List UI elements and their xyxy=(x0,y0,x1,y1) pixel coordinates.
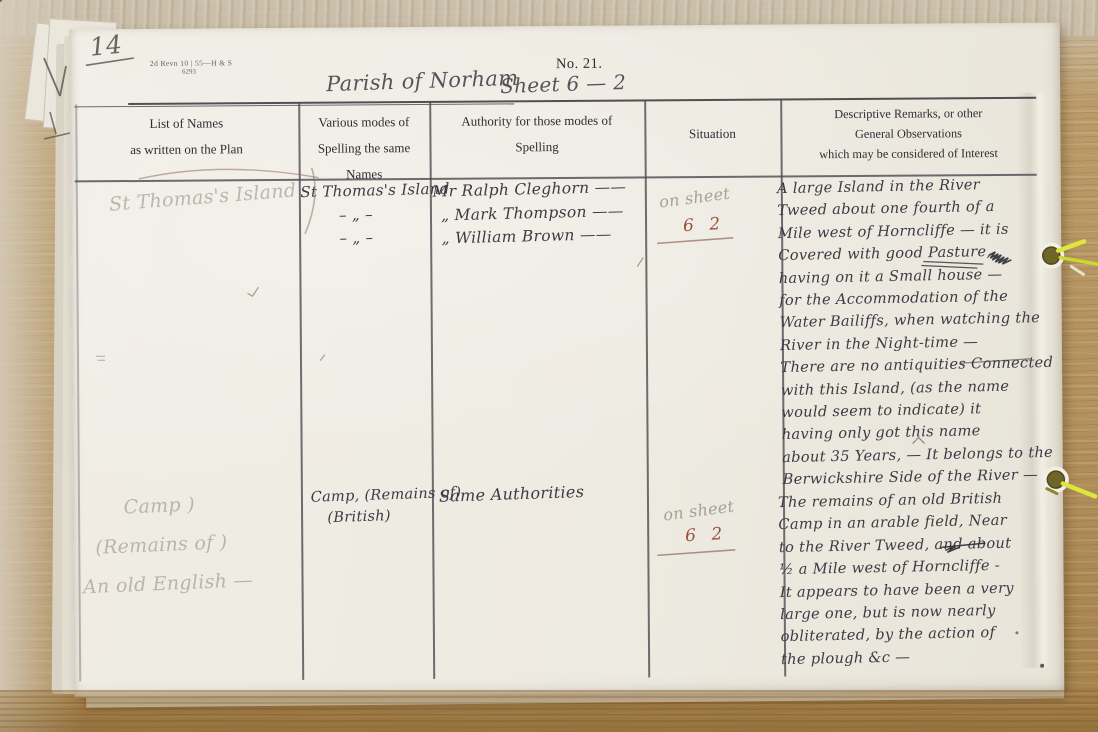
header-line: Various modes of xyxy=(298,109,429,136)
situation-underline-2 xyxy=(657,550,735,556)
entry2-remarks: The remains of an old British Camp in an… xyxy=(778,487,1039,671)
table-left-edge xyxy=(75,104,81,681)
remarks-line: the plough &c — xyxy=(781,644,1039,671)
title-sheet: Sheet 6 — 2 xyxy=(500,70,627,98)
folio-number: 14 xyxy=(89,30,124,62)
entry2-situation-sheet: 6 2 xyxy=(685,524,728,546)
punch-hole-bottom xyxy=(1047,471,1064,488)
entry1-situation-label: on sheet xyxy=(658,184,731,212)
spelling-line: St Thomas's Island xyxy=(300,178,450,205)
entry1-remarks: A large Island in the River Tweed about … xyxy=(777,173,1041,492)
column-header-remarks: Descriptive Remarks, or other General Ob… xyxy=(780,103,1036,165)
printer-imprint-line2: 6293 xyxy=(182,68,196,76)
punch-hole-ring xyxy=(1038,243,1064,269)
thread-highlight xyxy=(1071,266,1083,274)
ink-speck xyxy=(1040,664,1044,668)
column-header-list-of-names: List of Names as written on the Plan xyxy=(74,110,298,164)
punch-hole-ring xyxy=(1043,466,1069,492)
column-header-authority: Authority for those modes of Spelling xyxy=(429,107,644,160)
punch-hole-top xyxy=(1043,247,1060,264)
stray-tick xyxy=(637,257,643,266)
binding-thread-bottom xyxy=(1063,483,1095,496)
stray-tick xyxy=(320,355,325,361)
header-line: General Observations xyxy=(780,123,1036,145)
printer-imprint-line1: 2d Revn 10 | 55—H & S xyxy=(150,58,232,68)
plan-name-line: An old English — xyxy=(82,561,253,607)
entry2-authorities: Same Authorities xyxy=(439,482,585,506)
wood-table-bottom xyxy=(0,690,1098,732)
entry1-spellings: St Thomas's Island – „ – – „ – xyxy=(300,178,451,252)
pencil-flourish-curve xyxy=(139,169,319,179)
header-line: Descriptive Remarks, or other xyxy=(780,103,1036,125)
binding-thread-top xyxy=(1058,241,1084,250)
entry2-plan-name: Camp ) (Remains of ) An old English — xyxy=(79,483,254,607)
entry1-plan-name: St Thomas's Island xyxy=(108,179,297,215)
spelling-line: (British) xyxy=(311,504,462,530)
column-divider-3 xyxy=(644,100,650,677)
title-parish: Parish of Norham xyxy=(326,66,519,96)
header-line: which may be considered of Interest xyxy=(781,143,1037,165)
header-line: Authority for those modes of xyxy=(429,107,644,135)
situation-underline-1 xyxy=(657,238,733,244)
entry1-authorities: Mr Ralph Cleghorn —— „ Mark Thompson —— … xyxy=(432,176,627,251)
document-page: 14 2d Revn 10 | 55—H & S 6293 No. 21. Pa… xyxy=(70,23,1065,698)
authority-line: „ William Brown —— xyxy=(433,223,627,251)
header-line: Situation xyxy=(644,121,780,148)
header-line: as written on the Plan xyxy=(74,136,298,164)
header-line: Spelling xyxy=(429,133,644,161)
stray-dashes xyxy=(96,356,105,360)
spelling-ditto: – „ – xyxy=(301,225,451,252)
column-header-situation: Situation xyxy=(644,121,780,148)
binding-thread-top xyxy=(1060,257,1098,264)
stray-tick xyxy=(247,287,258,296)
thread-knot xyxy=(1047,489,1057,494)
header-line: List of Names xyxy=(74,110,298,138)
entry2-situation-label: on sheet xyxy=(662,497,735,525)
scanned-document-scene: 14 2d Revn 10 | 55—H & S 6293 No. 21. Pa… xyxy=(0,0,1098,732)
column-header-spelling-modes: Various modes of Spelling the same Names xyxy=(298,109,430,188)
entry1-situation-sheet: 6 2 xyxy=(683,214,726,236)
